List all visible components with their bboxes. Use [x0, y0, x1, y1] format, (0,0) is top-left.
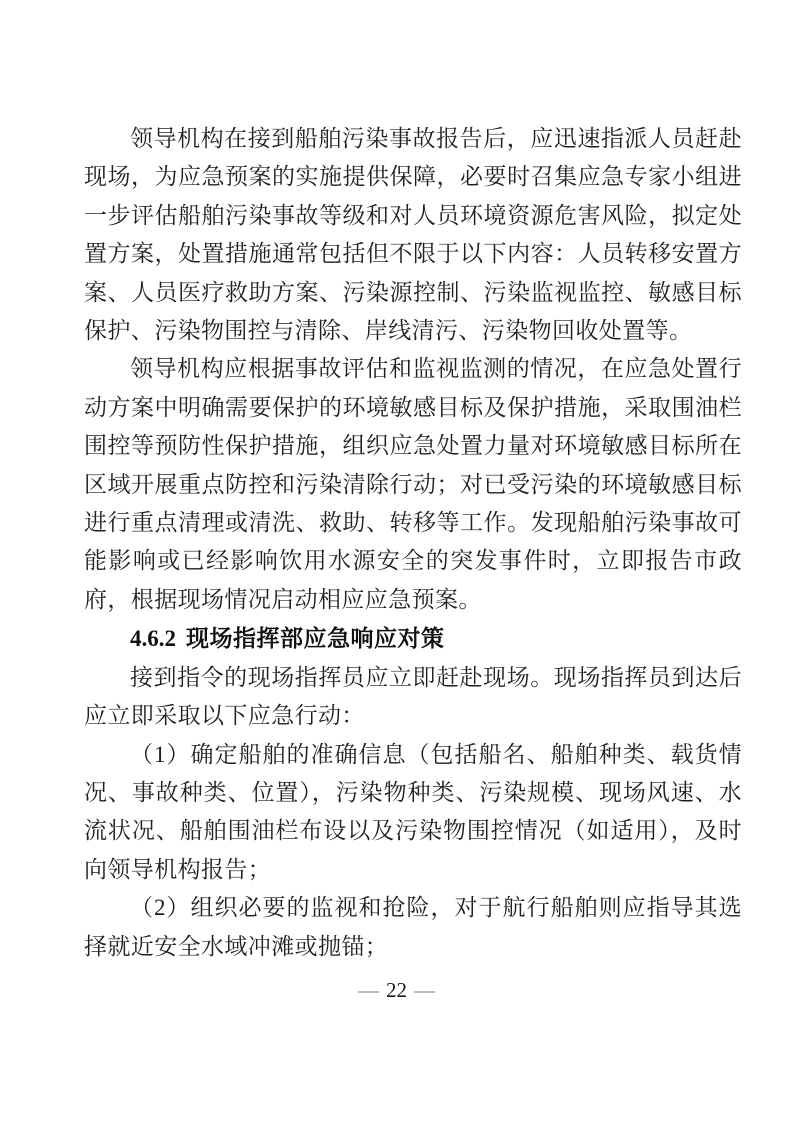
document-page: 领导机构在接到船舶污染事故报告后，应迅速指派人员赶赴现场，为应急预案的实施提供保…	[0, 0, 793, 1122]
body-paragraph: （1）确定船舶的准确信息（包括船名、船舶种类、载货情况、事故种类、位置），污染物…	[84, 736, 742, 890]
body-paragraph: 接到指令的现场指挥员应立即赶赴现场。现场指挥员到达后应立即采取以下应急行动：	[84, 659, 742, 736]
section-heading: 4.6.2现场指挥部应急响应对策	[84, 619, 742, 658]
section-heading-title: 现场指挥部应急响应对策	[186, 625, 445, 651]
body-paragraph: 领导机构在接到船舶污染事故报告后，应迅速指派人员赶赴现场，为应急预案的实施提供保…	[84, 120, 742, 350]
page-number: 22	[386, 976, 407, 1004]
body-paragraph: （2）组织必要的监视和抢险，对于航行船舶则应指导其选择就近安全水域冲滩或抛锚；	[84, 889, 742, 966]
body-paragraph: 领导机构应根据事故评估和监视监测的情况，在应急处置行动方案中明确需要保护的环境敏…	[84, 350, 742, 619]
page-body: 领导机构在接到船舶污染事故报告后，应迅速指派人员赶赴现场，为应急预案的实施提供保…	[84, 120, 742, 966]
footer-dash-left: —	[358, 976, 379, 1004]
page-footer: — 22 —	[0, 976, 793, 1004]
section-heading-number: 4.6.2	[130, 626, 176, 651]
footer-dash-right: —	[414, 976, 435, 1004]
